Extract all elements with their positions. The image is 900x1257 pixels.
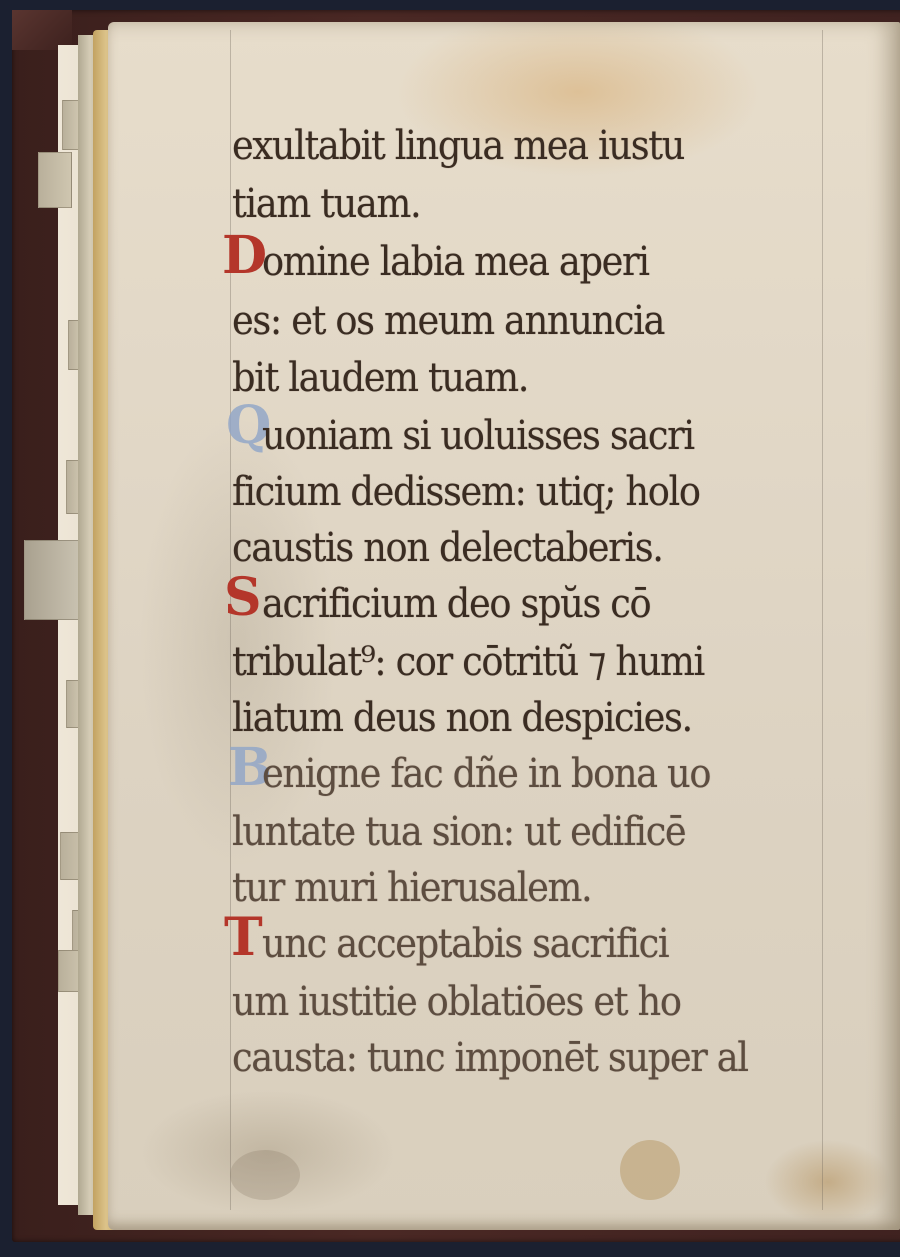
text-line: liatum deus non despicies.	[232, 694, 692, 742]
text-line: unc acceptabis sacrifici	[262, 920, 668, 968]
text-line: omine labia mea aperi	[262, 238, 649, 286]
text-line: uoniam si uoluisses sacri	[262, 412, 694, 460]
text-line: exultabit lingua mea iustu	[232, 122, 684, 170]
ruling-line-right	[822, 30, 823, 1210]
text-line: tiam tuam.	[232, 180, 420, 228]
text-line: bit laudem tuam.	[232, 354, 528, 402]
text-line: causta: tunc imponēt super al	[232, 1034, 748, 1082]
text-line: luntate tua sion: ut edificē	[232, 808, 685, 856]
text-line: es: et os meum annuncia	[232, 297, 664, 345]
water-stain	[230, 1150, 300, 1200]
text-line: tribulat⁹: cor cōtritũ ⁊ humi	[232, 638, 704, 686]
text-line: tur muri hierusalem.	[232, 864, 591, 912]
binding-corner-bevel	[12, 10, 72, 50]
page-tab	[24, 540, 84, 620]
rubric-initial-s: S	[224, 572, 262, 624]
rubric-initial-d: D	[222, 230, 267, 282]
rubric-initial-t: T	[224, 912, 263, 964]
manuscript-scene: exultabit lingua mea iustu tiam tuam. D …	[0, 0, 900, 1257]
text-line: enigne fac dñe in bona uo	[262, 750, 710, 798]
water-stain	[620, 1140, 680, 1200]
text-line: acrificium deo spŭs cō	[262, 580, 650, 628]
text-line: ficium dedissem: utiq; holo	[232, 468, 700, 516]
text-line: um iustitie oblatiōes et ho	[232, 978, 681, 1026]
text-line: caustis non delectaberis.	[232, 524, 663, 572]
page-tab	[38, 152, 72, 208]
